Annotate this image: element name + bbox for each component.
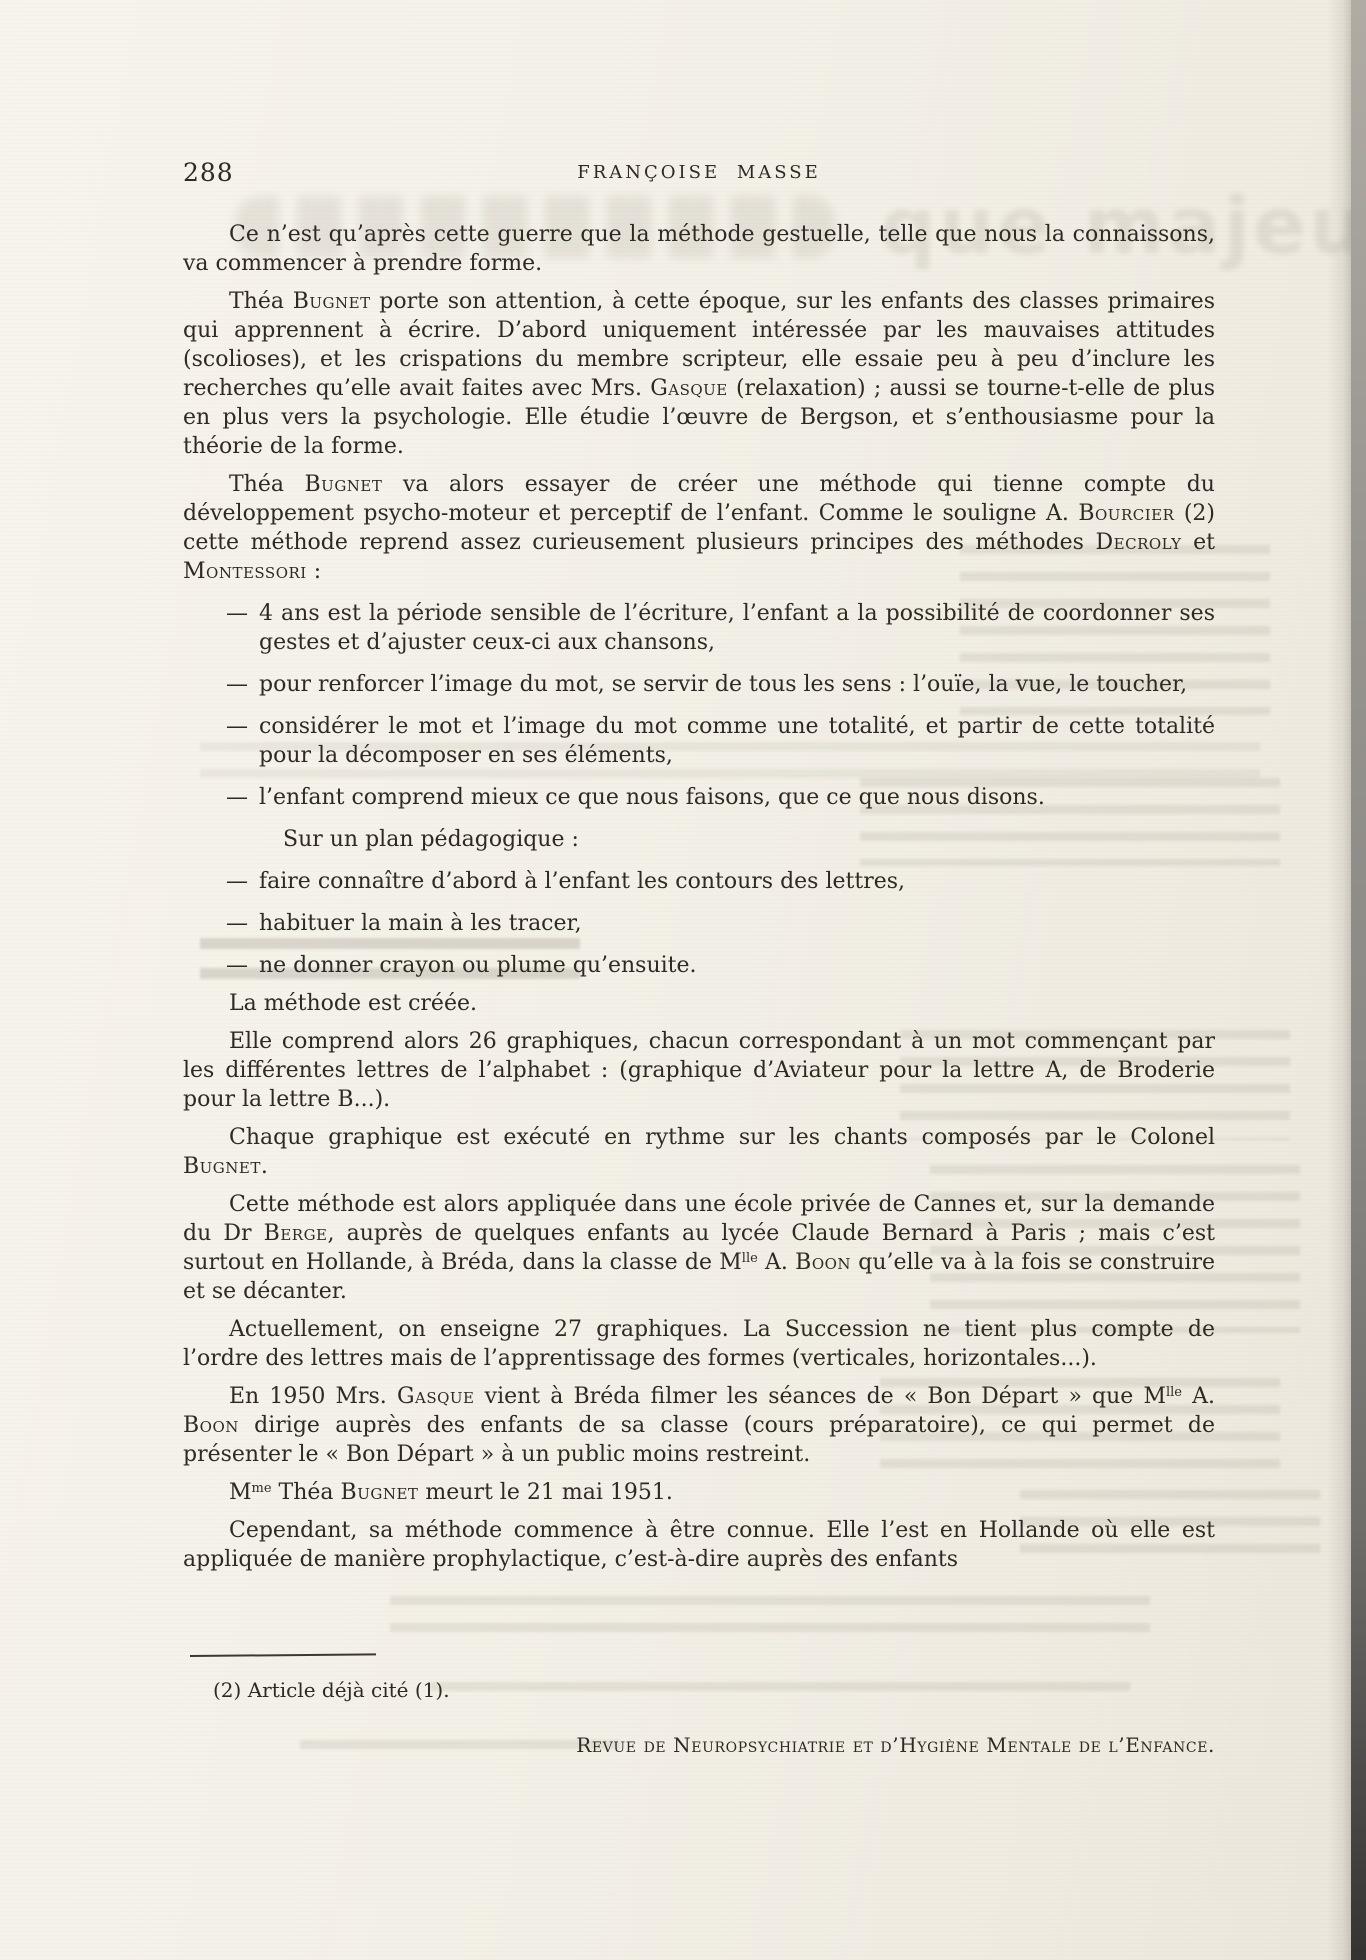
- paragraph: Mme Théa Bugnet meurt le 21 mai 1951.: [183, 1478, 1215, 1507]
- superscript: me: [252, 1481, 272, 1496]
- paragraph: Ce n’est qu’après cette guerre que la mé…: [183, 220, 1215, 278]
- small-caps-name: Boon: [183, 1413, 239, 1438]
- small-caps-name: Bugnet: [183, 1154, 261, 1179]
- superscript: lle: [1166, 1385, 1182, 1400]
- list-dash-marker: —: [226, 783, 259, 812]
- paragraph: La méthode est créée.: [183, 989, 1215, 1018]
- scanned-page: que majeur 288 FRANÇOISE MASSE Ce n’est …: [0, 0, 1366, 1960]
- list-dash-marker: —: [226, 670, 259, 699]
- section-lead: Sur un plan pédagogique :: [183, 825, 1215, 854]
- list-dash-marker: —: [226, 909, 259, 938]
- small-caps-name: Gasque: [650, 376, 728, 401]
- small-caps-name: Berge: [264, 1221, 328, 1246]
- small-caps-name: Bourcier: [1078, 501, 1174, 526]
- footnote-rule: [190, 1653, 376, 1657]
- small-caps-name: Bugnet: [293, 289, 371, 314]
- superscript: lle: [742, 1251, 758, 1266]
- list-item: —4 ans est la période sensible de l’écri…: [183, 599, 1215, 657]
- list-item: —habituer la main à les tracer,: [183, 909, 1215, 938]
- page-header: 288 FRANÇOISE MASSE: [183, 158, 1215, 190]
- text-column: 288 FRANÇOISE MASSE Ce n’est qu’après ce…: [183, 158, 1215, 1574]
- running-title: FRANÇOISE MASSE: [183, 162, 1215, 183]
- paragraph: Chaque graphique est exécuté en rythme s…: [183, 1123, 1215, 1181]
- page-edge-shadow: [1327, 0, 1351, 1960]
- paragraph: Actuellement, on enseigne 27 graphiques.…: [183, 1315, 1215, 1373]
- small-caps-name: Bugnet: [341, 1480, 419, 1505]
- small-caps-name: Gasque: [397, 1384, 475, 1409]
- footnote-text: (2) Article déjà cité (1).: [183, 1678, 1215, 1703]
- paragraph: Cependant, sa méthode commence à être co…: [183, 1516, 1215, 1574]
- list-item: —ne donner crayon ou plume qu’ensuite.: [183, 951, 1215, 980]
- list-item: —faire connaître d’abord à l’enfant les …: [183, 867, 1215, 896]
- small-caps-name: Decroly: [1096, 530, 1182, 555]
- list-dash-marker: —: [226, 599, 259, 628]
- list-dash-marker: —: [226, 951, 259, 980]
- paragraph: Elle comprend alors 26 graphiques, chacu…: [183, 1027, 1215, 1114]
- article-body: Ce n’est qu’après cette guerre que la mé…: [183, 220, 1215, 1574]
- page-edge-shadow: [1351, 0, 1366, 1960]
- paragraph: Théa Bugnet porte son attention, à cette…: [183, 287, 1215, 461]
- list-item: —pour renforcer l’image du mot, se servi…: [183, 670, 1215, 699]
- paragraph: En 1950 Mrs. Gasque vient à Bréda filmer…: [183, 1382, 1215, 1469]
- list-item: —considérer le mot et l’image du mot com…: [183, 712, 1215, 770]
- footnote: (2) Article déjà cité (1).: [183, 1655, 1215, 1703]
- paragraph: Théa Bugnet va alors essayer de créer un…: [183, 470, 1215, 586]
- small-caps-name: Montessori: [183, 559, 307, 584]
- bleed-through-artifact: [390, 1596, 1150, 1644]
- small-caps-name: Bugnet: [305, 472, 383, 497]
- paragraph: Cette méthode est alors appliquée dans u…: [183, 1190, 1215, 1306]
- list-dash-marker: —: [226, 712, 259, 741]
- journal-imprint: Revue de Neuropsychiatrie et d’Hygiène M…: [183, 1733, 1215, 1757]
- list-dash-marker: —: [226, 867, 259, 896]
- list-item: —l’enfant comprend mieux ce que nous fai…: [183, 783, 1215, 812]
- small-caps-name: Boon: [795, 1250, 851, 1275]
